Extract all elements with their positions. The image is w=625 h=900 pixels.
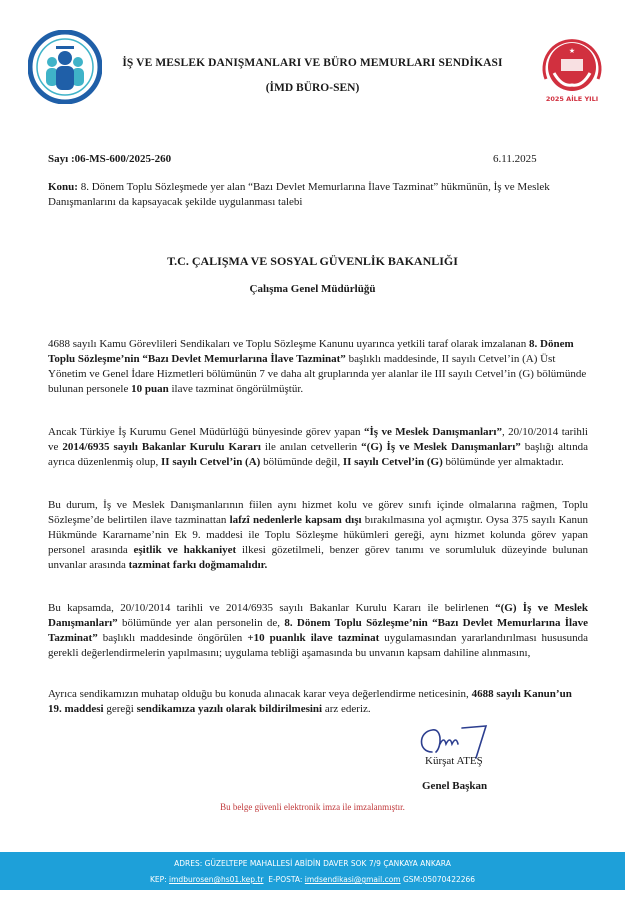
gsm-number: GSM:05070422266 xyxy=(403,875,475,884)
organization-title: İŞ VE MESLEK DANIŞMANLARI VE BÜRO MEMURL… xyxy=(0,57,625,69)
body-paragraph-5: Ayrıca sendikamızın muhatap olduğu bu ko… xyxy=(48,687,588,717)
recipient-directorate: Çalışma Genel Müdürlüğü xyxy=(0,283,625,295)
email-link[interactable]: imdsendikasi@gmail.com xyxy=(305,875,401,884)
signer-name: Kürşat ATEŞ xyxy=(425,755,483,767)
subject-text: 8. Dönem Toplu Sözleşmede yer alan “Bazı… xyxy=(48,181,550,208)
organization-abbreviation: (İMD BÜRO-SEN) xyxy=(0,82,625,94)
signer-title: Genel Başkan xyxy=(422,780,487,792)
reference-number: Sayı :06-MS-600/2025-260 xyxy=(48,153,171,165)
family-year-2025-logo-icon: ★ 2025 AİLE YILI xyxy=(536,35,608,107)
recipient-ministry: T.C. ÇALIŞMA VE SOSYAL GÜVENLİK BAKANLIĞ… xyxy=(0,254,625,269)
document-date: 6.11.2025 xyxy=(493,153,537,165)
body-paragraph-3: Bu durum, İş ve Meslek Danışmanlarının f… xyxy=(48,498,588,573)
kep-address-link[interactable]: imdburosen@hs01.kep.tr xyxy=(169,875,263,884)
footer-contacts: KEP: imdburosen@hs01.kep.tr E-POSTA: imd… xyxy=(0,875,625,884)
body-paragraph-2: Ancak Türkiye İş Kurumu Genel Müdürlüğü … xyxy=(48,425,588,470)
body-paragraph-1: 4688 sayılı Kamu Görevlileri Sendikaları… xyxy=(48,337,588,397)
subject-label: Konu: xyxy=(48,181,78,193)
subject-line: Konu: 8. Dönem Toplu Sözleşmede yer alan… xyxy=(48,180,588,210)
svg-text:★: ★ xyxy=(569,47,575,55)
svg-text:2025 AİLE YILI: 2025 AİLE YILI xyxy=(546,94,598,103)
footer-contact-bar: ADRES: GÜZELTEPE MAHALLESİ ABİDİN DAVER … xyxy=(0,852,625,890)
electronic-signature-note: Bu belge güvenli elektronik imza ile imz… xyxy=(0,802,625,812)
footer-address: ADRES: GÜZELTEPE MAHALLESİ ABİDİN DAVER … xyxy=(0,859,625,868)
body-paragraph-4: Bu kapsamda, 20/10/2014 tarihli ve 2014/… xyxy=(48,601,588,661)
